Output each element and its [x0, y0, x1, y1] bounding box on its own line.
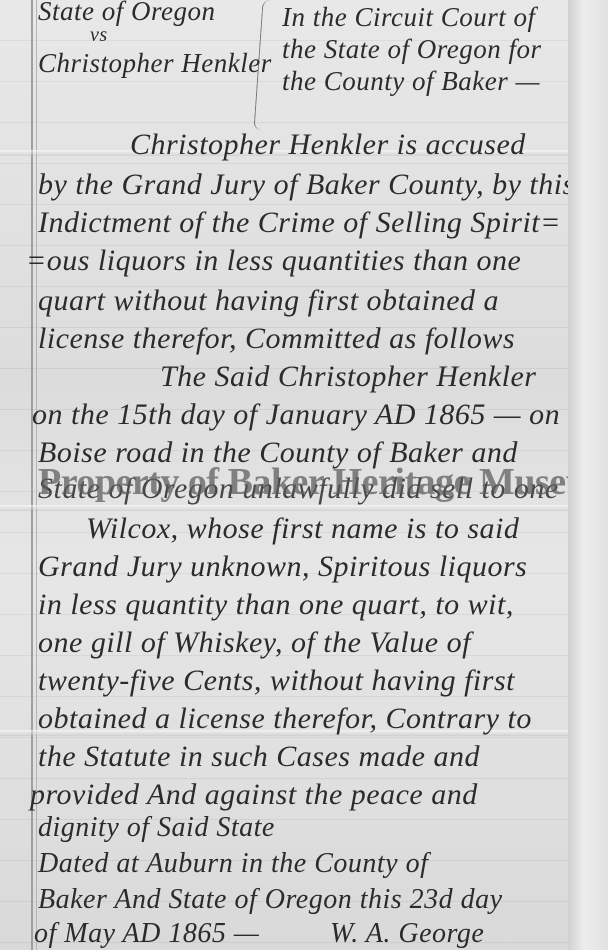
watermark: Property of Baker Heritage Museum [38, 460, 608, 504]
body-line: Dated at Auburn in the County of [38, 848, 428, 880]
scan-background-edge [568, 0, 608, 950]
court-line-1: In the Circuit Court of [282, 2, 536, 33]
body-line: the Statute in such Cases made and [38, 740, 480, 774]
body-line: on the 15th day of January AD 1865 — on … [32, 398, 606, 432]
body-line: license therefor, Committed as follows [38, 322, 515, 356]
document-page: State of Oregon vs Christopher Henkler I… [0, 0, 570, 950]
body-line: provided And against the peace and [30, 778, 478, 812]
court-line-2: the State of Oregon for [282, 34, 541, 65]
body-line: The Said Christopher Henkler [160, 360, 536, 394]
body-line: twenty-five Cents, without having first [38, 664, 515, 698]
court-line-3: the County of Baker — [282, 66, 540, 97]
body-line: of May AD 1865 — [34, 918, 259, 950]
body-line: Indictment of the Crime of Selling Spiri… [38, 206, 561, 240]
body-line: one gill of Whiskey, of the Value of [38, 626, 471, 660]
signature-name: W. A. George [330, 918, 484, 950]
body-line: obtained a license therefor, Contrary to [38, 702, 532, 736]
caption-plaintiff: State of Oregon [38, 0, 215, 27]
body-line: dignity of Said State [38, 812, 275, 844]
body-line: =ous liquors in less quantities than one [26, 244, 521, 278]
body-line: Christopher Henkler is accused [130, 128, 526, 162]
body-line: quart without having first obtained a [38, 284, 499, 318]
caption-brace [253, 0, 277, 130]
body-line: Baker And State of Oregon this 23d day [38, 884, 503, 916]
caption-versus: vs [90, 24, 108, 47]
body-line: Wilcox, whose first name is to said [86, 512, 519, 546]
body-line: Grand Jury unknown, Spiritous liquors [38, 550, 527, 584]
caption-defendant: Christopher Henkler [38, 48, 272, 79]
body-line: by the Grand Jury of Baker County, by th… [38, 168, 575, 202]
body-line: in less quantity than one quart, to wit, [38, 588, 514, 622]
